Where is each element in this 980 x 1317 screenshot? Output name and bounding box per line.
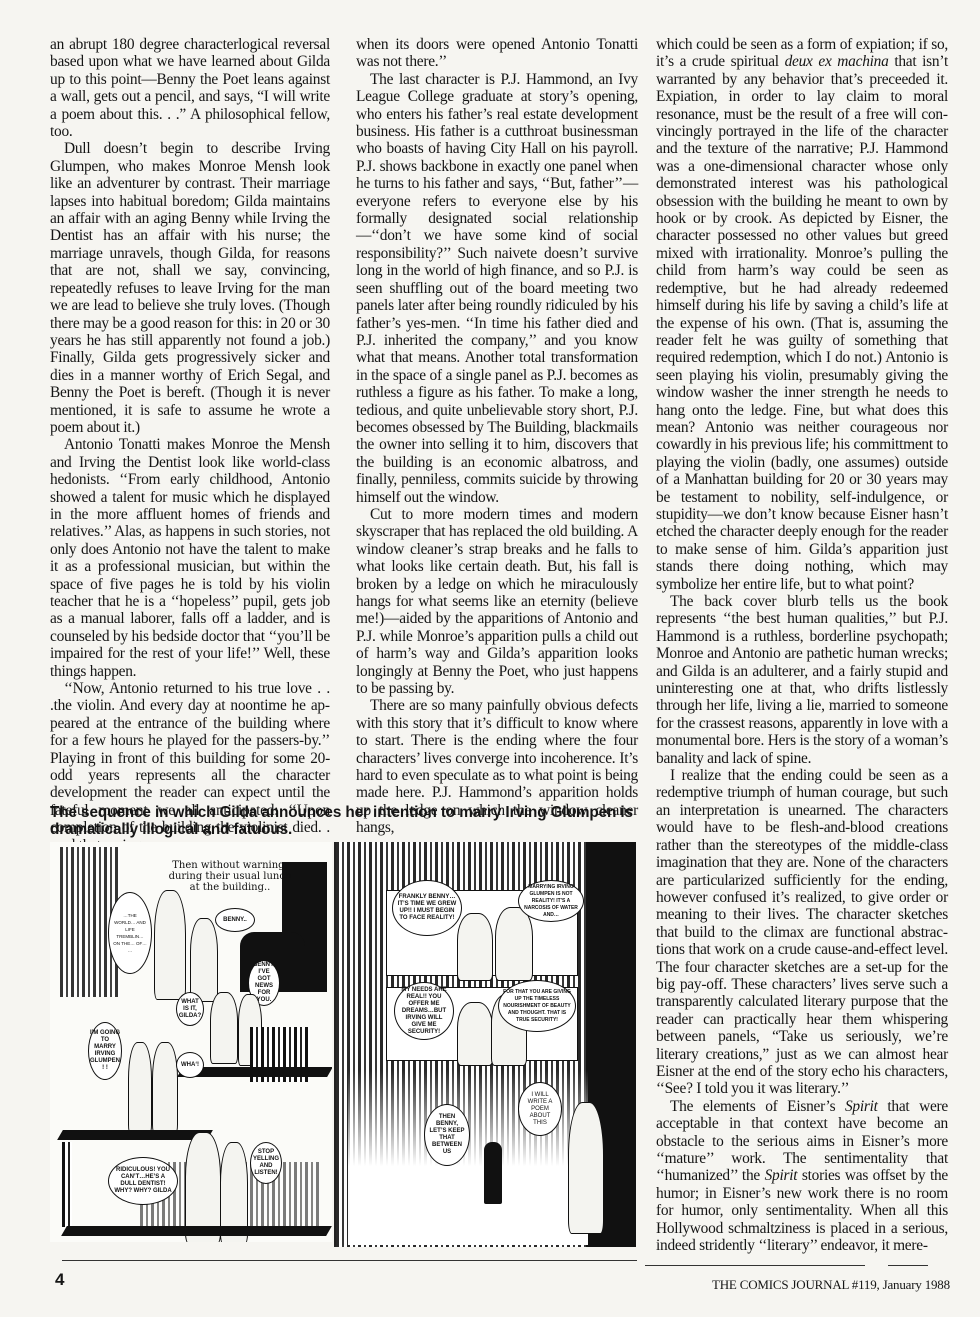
- figure-caption: The sequence in which Gilda announces he…: [50, 804, 640, 838]
- page-number: 4: [55, 1270, 64, 1290]
- character-figure: [128, 1042, 152, 1134]
- running-footer: THE COMICS JOURNAL #119, January 1988: [712, 1277, 950, 1293]
- speech-bubble: …the world… and life tremblin… on the… o…: [108, 892, 152, 974]
- italic-title: Spirit: [845, 1098, 878, 1115]
- paragraph: I realize that the ending could be seen …: [656, 767, 948, 1098]
- narration-box: Then without warning, during their usual…: [165, 860, 295, 893]
- paragraph: when its doors were opened Antonio Tonat…: [356, 36, 638, 71]
- footer-rule: [62, 1260, 637, 1261]
- italic-title: Spirit: [765, 1167, 798, 1184]
- speech-bubble: Wha‘!: [176, 1052, 204, 1078]
- paragraph: an abrupt 180 degree characterlogical re…: [50, 36, 330, 140]
- footer-rule: [645, 1265, 865, 1266]
- speech-bubble: I’m going to marry Irving Glumpen ! !: [88, 1022, 122, 1080]
- comic-panel-left: Then without warning, during their usual…: [50, 842, 332, 1242]
- floor-shadow: [57, 1130, 213, 1140]
- paragraph: The back cover blurb tells us the book r…: [656, 593, 948, 767]
- floor-shadow: [61, 1226, 332, 1236]
- gilda-silhouette: [484, 1142, 502, 1204]
- speech-bubble: What is it, Gilda?: [176, 992, 204, 1026]
- paragraph: Antonio Tonatti makes Monroe the Mensh a…: [50, 436, 330, 680]
- speech-bubble: My needs are real!! You offer me dreams……: [394, 982, 454, 1040]
- character-figure: [210, 992, 238, 1064]
- paragraph: Cut to more modern times and modern skys…: [356, 506, 638, 697]
- comic-panel-right: Frankly Benny…it’s time we grew up!! I m…: [334, 842, 636, 1247]
- speech-bubble: Marrying Irving Glumpen is not reality! …: [518, 880, 584, 922]
- footer-rule: [888, 1265, 928, 1266]
- article-column-2: when its doors were opened Antonio Tonat…: [356, 36, 638, 837]
- article-column-1: an abrupt 180 degree characterlogical re…: [50, 36, 330, 854]
- article-column-3: which could be seen as a form of expiati…: [656, 36, 948, 1254]
- speech-bubble: For that you are giving up the timeless …: [498, 980, 576, 1032]
- speech-bubble: Ridiculous! You can’t…he’s a dull dentis…: [108, 1157, 178, 1205]
- character-figure: [152, 1042, 178, 1134]
- paragraph: Dull doesn’t begin to describe Irving Gl…: [50, 140, 330, 436]
- speech-bubble: Frankly Benny…it’s time we grew up!! I m…: [392, 880, 462, 936]
- paragraph: which could be seen as a form of expiati…: [656, 36, 948, 593]
- paragraph: The elements of Eisner’s Spirit that wer…: [656, 1098, 948, 1255]
- character-figure: [457, 913, 493, 981]
- speech-bubble: Benny..: [215, 908, 255, 932]
- speech-bubble: Then Benny, let’s keep that between us: [424, 1104, 470, 1166]
- character-figure: [154, 890, 186, 1000]
- benny-figure: [568, 1102, 604, 1234]
- speech-bubble: I will write a poem about this: [518, 1082, 562, 1136]
- speech-bubble: Stop yelling and listen!: [250, 1142, 282, 1184]
- comic-illustration: Then without warning, during their usual…: [44, 842, 644, 1252]
- italic-phrase: deux ex machina: [785, 53, 889, 70]
- wall-hatching: [62, 1142, 72, 1227]
- character-figure: [457, 1002, 493, 1066]
- character-figure: [190, 918, 218, 1002]
- paragraph: The last character is P.J. Hammond, an I…: [356, 71, 638, 506]
